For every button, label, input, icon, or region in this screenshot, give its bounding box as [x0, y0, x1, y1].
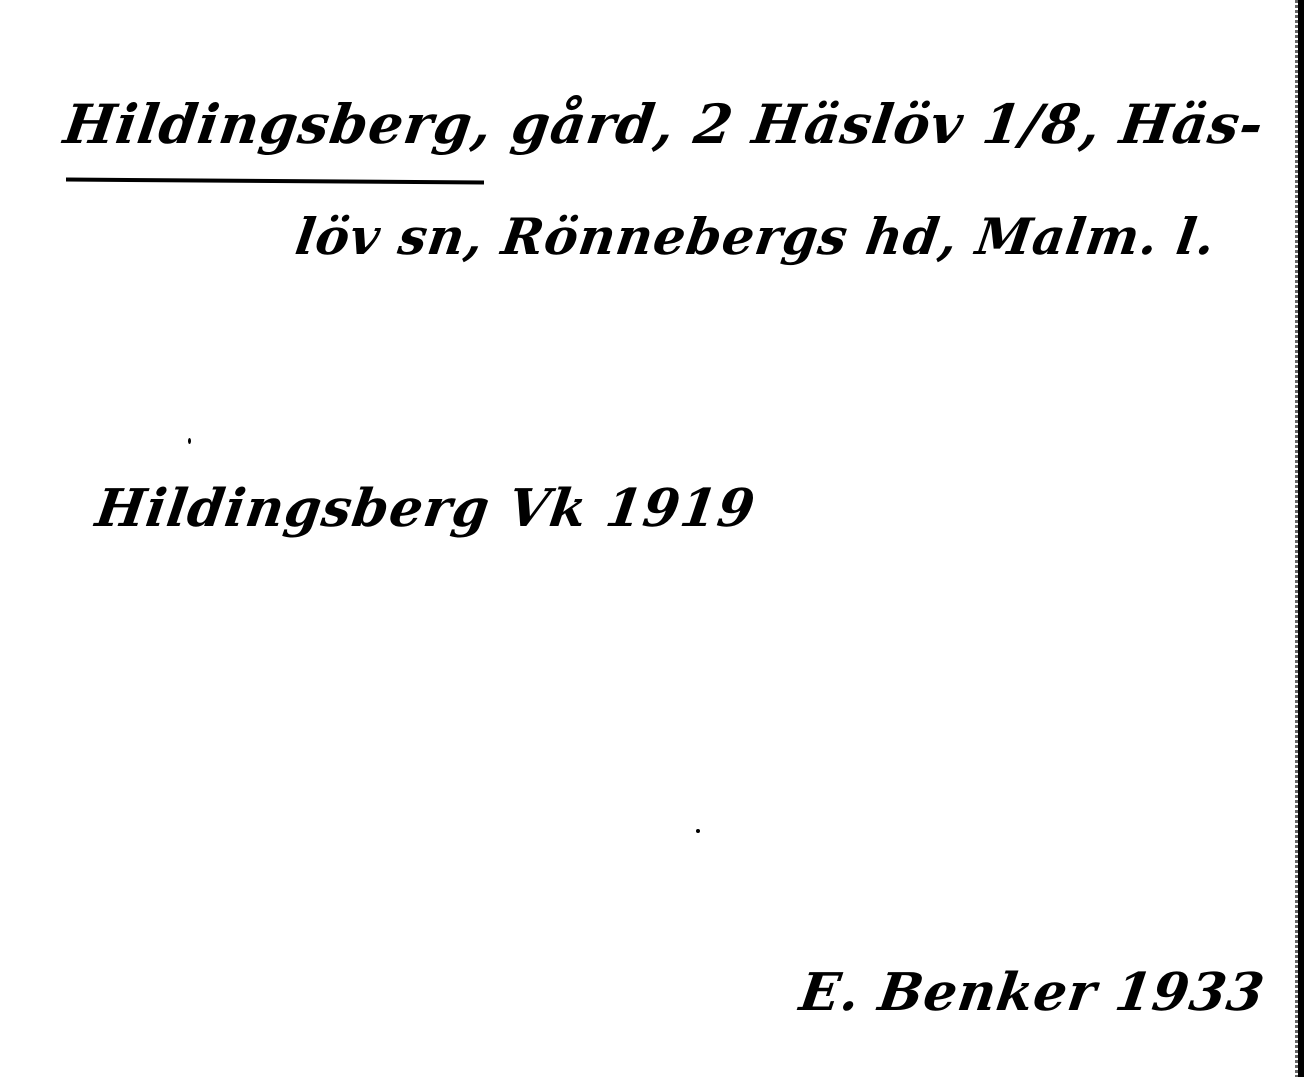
entry-line-2: löv sn, Rönnebergs hd, Malm. l.: [292, 207, 1219, 266]
card-right-edge: [1298, 0, 1304, 1077]
entry-line-1: Hildingsberg, gård, 2 Häslöv 1/8, Häs-: [60, 92, 1268, 156]
archive-card: Hildingsberg, gård, 2 Häslöv 1/8, Häs- l…: [0, 0, 1304, 1077]
signature: E. Benker 1933: [796, 962, 1269, 1023]
ink-speck: [696, 829, 700, 833]
source-reference: Hildingsberg Vk 1919: [92, 478, 759, 539]
ink-speck: [188, 438, 191, 444]
headword-underline: [66, 178, 484, 185]
